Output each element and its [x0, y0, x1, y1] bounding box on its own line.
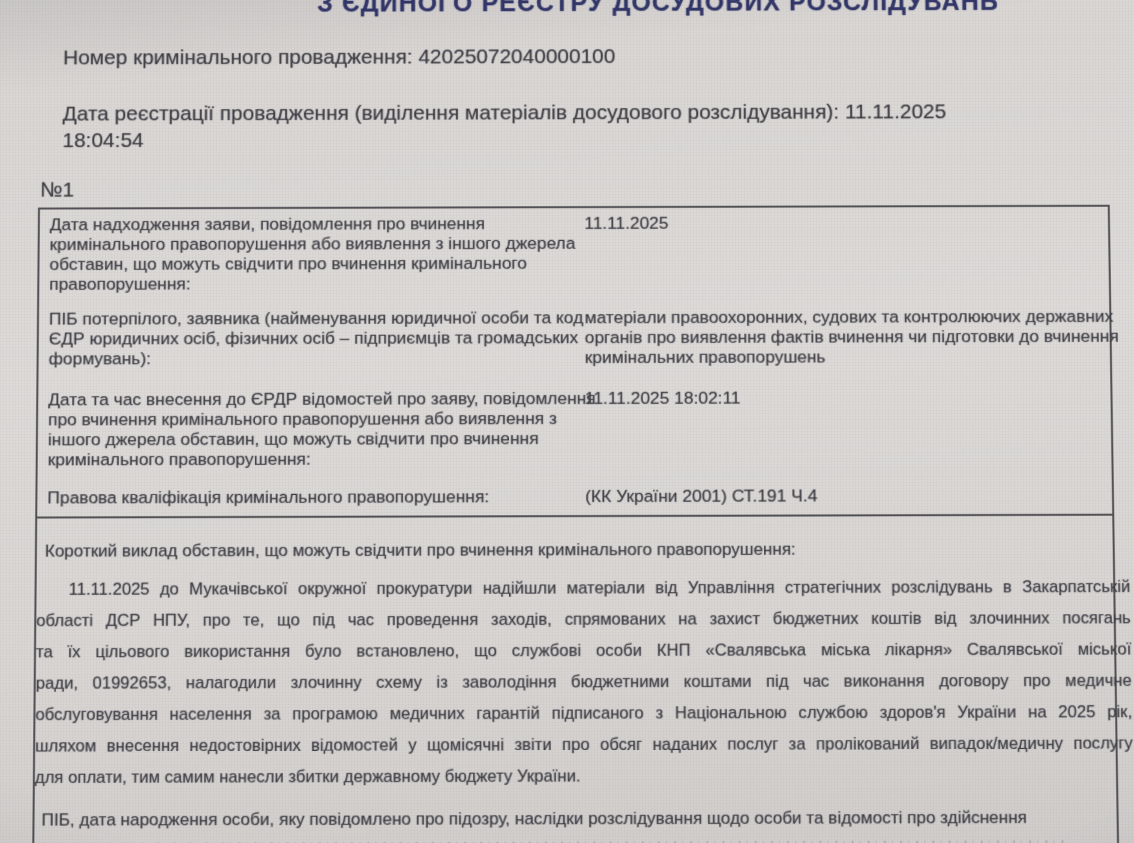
screen-photo: З ЄДИНОГО РЕЄСТРУ ДОСУДОВИХ РОЗСЛІДУВАНЬ…	[0, 0, 1134, 843]
summary-heading: Короткий виклад обставин, що можуть свід…	[45, 540, 796, 562]
field-value: матеріали правоохоронних, судових та кон…	[585, 306, 1134, 367]
field-label: Дата та час внесення до ЄРДР відомостей …	[48, 388, 596, 469]
paragraph-line: шляхом внесення недостовірних відомостей…	[35, 727, 1133, 761]
field-value: (КК України 2001) СТ.191 Ч.4	[585, 485, 1134, 507]
field-value: 11.11.2025	[584, 212, 1134, 233]
table-row: Дата надходження заяви, повідомлення про…	[40, 212, 1108, 215]
paragraph-line: 11.11.2025 до Мукачівської окружної прок…	[36, 571, 1130, 605]
section-divider	[35, 514, 1114, 519]
registration-time-line: 18:04:54	[62, 129, 143, 153]
paragraph-line: ради, 01992653, налагодили злочинну схем…	[36, 665, 1132, 699]
record-number: №1	[40, 179, 74, 203]
document-title: З ЄДИНОГО РЕЄСТРУ ДОСУДОВИХ РОЗСЛІДУВАНЬ	[317, 0, 999, 19]
table-row: Дата та час внесення до ЄРДР відомостей …	[38, 387, 1110, 390]
field-label: Правова кваліфікація кримінального право…	[47, 486, 489, 507]
field-value: 11.11.2025 18:02:11	[585, 387, 1134, 408]
suspect-info-line: ПІБ, дата народження особи, яку повідомл…	[41, 808, 1027, 831]
paragraph-line: області ДСР НПУ, про те, що під час пров…	[36, 602, 1131, 636]
erdr-extract-document: З ЄДИНОГО РЕЄСТРУ ДОСУДОВИХ РОЗСЛІДУВАНЬ…	[0, 3, 1134, 843]
case-number-line: Номер кримінального провадження: 4202507…	[63, 45, 615, 70]
paragraph-line: для оплати, тим самим нанесли збитки дер…	[35, 759, 1134, 793]
table-row: ПІБ потерпілого, заявника (найменування …	[39, 306, 1109, 309]
table-row: Правова кваліфікація кримінального право…	[37, 485, 1111, 488]
registration-date-line: Дата реєстрації провадження (виділення м…	[63, 100, 947, 126]
field-label: ПІБ потерпілого, заявника (найменування …	[49, 307, 596, 368]
paragraph-line: обслуговування населення за програмою ме…	[35, 696, 1132, 730]
summary-paragraph: 11.11.2025 до Мукачівської окружної прок…	[35, 571, 1134, 793]
paragraph-line: та їх цільового використання було встано…	[36, 633, 1132, 667]
field-label: Дата надходження заяви, повідомлення про…	[49, 213, 595, 294]
